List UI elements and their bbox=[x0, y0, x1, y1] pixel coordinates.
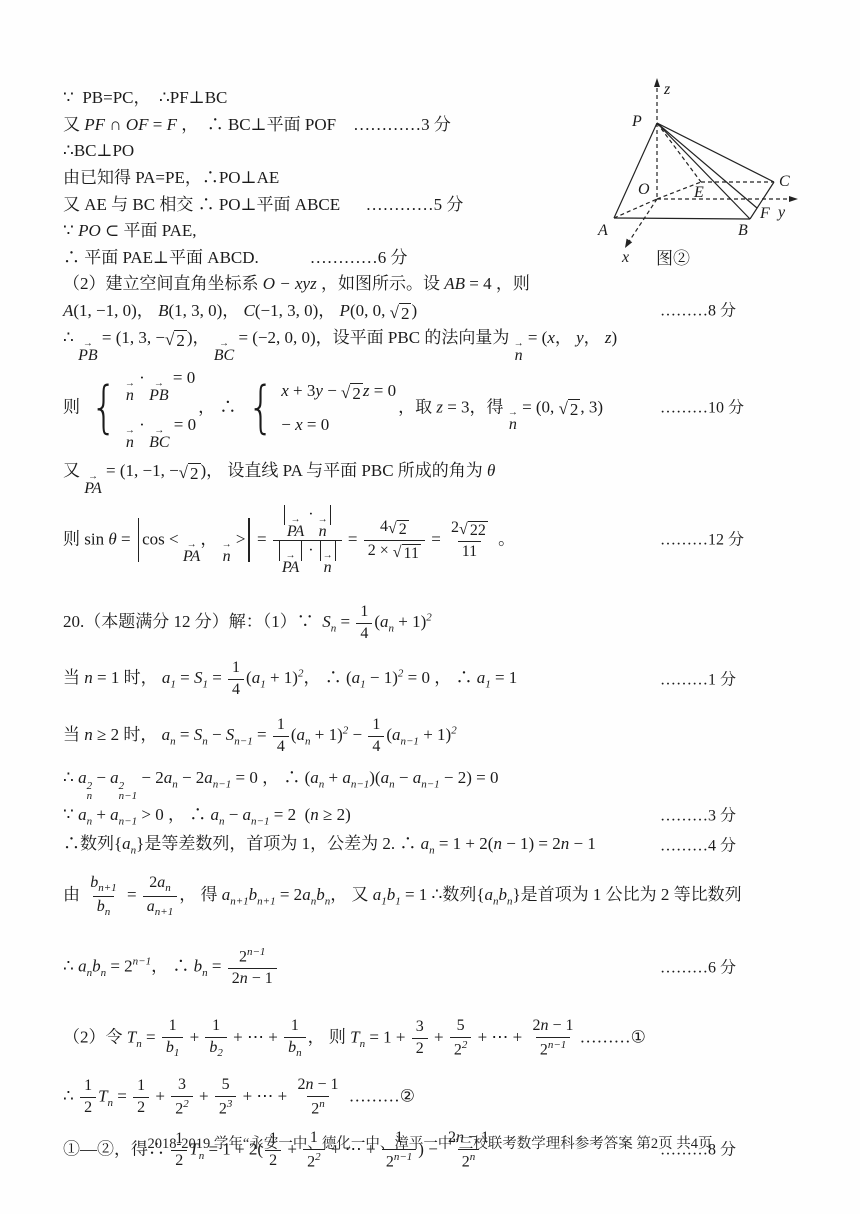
math-line: 当 n = 1 时， a1 = S1 = 14(a1 + 1)2， ∴ (a1 … bbox=[63, 658, 793, 701]
math-line: ∴ a2n − a2n−1 − 2an − 2an−1 = 0 ， ∴ (an … bbox=[63, 766, 793, 801]
score-marker: ………6 分 bbox=[660, 956, 736, 979]
score-marker: ………4 分 bbox=[660, 834, 736, 857]
score-marker: ………12 分 bbox=[660, 529, 744, 552]
answer-page: z P O E C F y B A x 图② ∵ PB=PC， ∴PF⊥BC又 … bbox=[0, 0, 860, 1214]
score-marker: ………3 分 bbox=[660, 805, 736, 828]
math-line: A(1, −1, 0)， B(1, 3, 0)， C(−1, 3, 0)， P(… bbox=[63, 299, 793, 324]
score-marker: ………1 分 bbox=[660, 668, 736, 691]
score-marker: ………8 分 bbox=[660, 300, 736, 323]
math-line: 由 bn+1bn = 2anan+1， 得 an+1bn+1 = 2anbn， … bbox=[63, 873, 793, 919]
math-line: ∴ 平面 PAE⊥平面 ABCD. …………6 分 bbox=[63, 246, 793, 271]
math-line: 又 →PA = (1, −1, −√2)， 设直线 PA 与平面 PBC 所成的… bbox=[63, 459, 793, 497]
math-line: 又 AE 与 BC 相交 ∴ PO⊥平面 ABCE …………5 分 bbox=[63, 193, 793, 218]
math-line: 由已知得 PA=PE，∴PO⊥AE bbox=[63, 166, 793, 191]
math-line: ∴ anbn = 2n−1， ∴ bn = 2n−12n − 1………6 分 bbox=[63, 945, 793, 990]
math-line: 当 n ≥ 2 时， an = Sn − Sn−1 = 14(an + 1)2 … bbox=[63, 715, 793, 758]
solution-lines: ∵ PB=PC， ∴PF⊥BC又 PF ∩ OF = F ， ∴ BC⊥平面 P… bbox=[63, 84, 793, 1175]
math-line: 则 sin θ = cos < →PA， →n > = →PA · →n→PA … bbox=[63, 505, 793, 576]
math-line: （2）令 Tn = 1b1 + 1b2 + ⋯ + 1bn， 则 Tn = 1 … bbox=[63, 1016, 793, 1061]
math-line: ∴ →PB = (1, 3, −√2)， →BC = (−2, 0, 0)，设平… bbox=[63, 326, 793, 364]
math-line: 又 PF ∩ OF = F ， ∴ BC⊥平面 POF …………3 分 bbox=[63, 113, 793, 138]
math-line: ∵ an + an−1 > 0 ， ∴ an − an−1 = 2 (n ≥ 2… bbox=[63, 803, 793, 830]
score-marker: ………10 分 bbox=[660, 397, 744, 420]
math-line: ∵ PO ⊂ 平面 PAE, bbox=[63, 219, 793, 244]
math-line: ∴BC⊥PO bbox=[63, 139, 793, 164]
page-footer: 2018-2019 学年“永安一中、德化一中、漳平一中”三校联考数学理科参考答案… bbox=[0, 1132, 860, 1153]
math-line: ∵ PB=PC， ∴PF⊥BC bbox=[63, 86, 793, 111]
math-line: （2）建立空间直角坐标系 O − xyz ，如图所示。设 AB = 4 ，则 bbox=[63, 272, 793, 297]
math-line: ∴ 12Tn = 12 + 322 + 523 + ⋯ + 2n − 12n …… bbox=[63, 1075, 793, 1120]
math-line: ∴数列{an}是等差数列，首项为 1，公差为 2. ∴ an = 1 + 2(n… bbox=[63, 832, 793, 859]
math-line: 20.（本题满分 12 分）解：（1）∵ Sn = 14(an + 1)2 bbox=[63, 602, 793, 645]
math-line: 则 {→n · →PB = 0→n · →BC = 0， ∴ {x + 3y −… bbox=[63, 366, 793, 451]
